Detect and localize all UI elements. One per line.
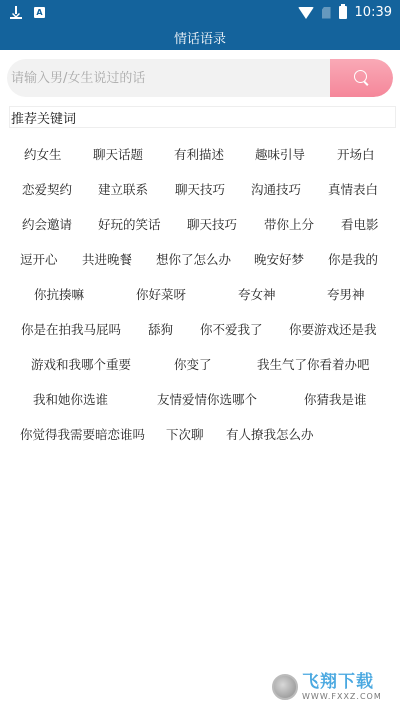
keyword-tag[interactable]: 共进晚餐	[82, 250, 132, 268]
keyword-row: 我和她你选谁友情爱情你选哪个你猜我是谁	[0, 381, 400, 416]
keyword-tag[interactable]: 你不爱我了	[200, 320, 263, 338]
keyword-row: 你觉得我需要暗恋谁吗下次聊有人撩我怎么办	[0, 416, 400, 451]
keyword-list: 约女生聊天话题有利描述趣味引导开场白恋爱契约建立联系聊天技巧沟通技巧真情表白约会…	[0, 136, 400, 451]
keyword-tag[interactable]: 夸女神	[238, 285, 276, 303]
keyword-tag[interactable]: 好玩的笑话	[98, 215, 161, 233]
a-notification-icon: A	[34, 7, 45, 18]
keyword-tag[interactable]: 你是我的	[328, 250, 378, 268]
keyword-tag[interactable]: 有人撩我怎么办	[226, 425, 314, 443]
keyword-tag[interactable]: 带你上分	[264, 215, 314, 233]
search-button[interactable]	[330, 59, 393, 97]
status-bar: A 10:39	[0, 0, 400, 25]
wifi-icon	[298, 7, 314, 19]
app-header: 情话语录	[0, 25, 400, 50]
keyword-tag[interactable]: 下次聊	[166, 425, 204, 443]
keyword-tag[interactable]: 建立联系	[98, 180, 148, 198]
watermark-cn: 飞翔下载	[302, 674, 382, 691]
keyword-tag[interactable]: 你好菜呀	[136, 285, 186, 303]
keyword-tag[interactable]: 约会邀请	[22, 215, 72, 233]
keyword-tag[interactable]: 有利描述	[174, 145, 224, 163]
download-icon	[10, 6, 22, 19]
keyword-tag[interactable]: 看电影	[341, 215, 379, 233]
keyword-tag[interactable]: 晚安好梦	[254, 250, 304, 268]
keyword-tag[interactable]: 我生气了你看着办吧	[257, 355, 370, 373]
watermark: 飞翔下载 WWW.FXXZ.COM	[272, 671, 392, 703]
watermark-en: WWW.FXXZ.COM	[302, 693, 382, 701]
keyword-tag[interactable]: 恋爱契约	[22, 180, 72, 198]
keyword-tag[interactable]: 真情表白	[328, 180, 378, 198]
keyword-tag[interactable]: 聊天技巧	[187, 215, 237, 233]
keyword-tag[interactable]: 约女生	[24, 145, 62, 163]
keyword-tag[interactable]: 你要游戏还是我	[289, 320, 377, 338]
keyword-row: 游戏和我哪个重要你变了我生气了你看着办吧	[0, 346, 400, 381]
keyword-row: 约会邀请好玩的笑话聊天技巧带你上分看电影	[0, 206, 400, 241]
fxxz-logo-icon	[272, 674, 298, 700]
keyword-tag[interactable]: 开场白	[337, 145, 375, 163]
keyword-tag[interactable]: 想你了怎么办	[156, 250, 231, 268]
search-input[interactable]	[7, 59, 330, 97]
no-sim-icon	[322, 7, 331, 19]
keyword-tag[interactable]: 舔狗	[148, 320, 173, 338]
keyword-row: 恋爱契约建立联系聊天技巧沟通技巧真情表白	[0, 171, 400, 206]
keyword-tag[interactable]: 你猜我是谁	[304, 390, 367, 408]
keyword-tag[interactable]: 趣味引导	[255, 145, 305, 163]
keyword-tag[interactable]: 你觉得我需要暗恋谁吗	[20, 425, 145, 443]
keyword-row: 你抗揍嘛你好菜呀夸女神夸男神	[0, 276, 400, 311]
page-title: 情话语录	[174, 28, 226, 47]
keyword-tag[interactable]: 聊天话题	[93, 145, 143, 163]
keyword-tag[interactable]: 你是在拍我马屁吗	[21, 320, 121, 338]
keyword-row: 约女生聊天话题有利描述趣味引导开场白	[0, 136, 400, 171]
keyword-tag[interactable]: 夸男神	[327, 285, 365, 303]
search-bar	[7, 59, 393, 97]
battery-charging-icon	[339, 6, 347, 19]
keyword-tag[interactable]: 你变了	[174, 355, 212, 373]
keyword-tag[interactable]: 游戏和我哪个重要	[31, 355, 131, 373]
keyword-tag[interactable]: 沟通技巧	[251, 180, 301, 198]
recommended-keywords-title: 推荐关键词	[9, 106, 396, 128]
keyword-row: 你是在拍我马屁吗舔狗你不爱我了你要游戏还是我	[0, 311, 400, 346]
keyword-tag[interactable]: 友情爱情你选哪个	[157, 390, 257, 408]
keyword-tag[interactable]: 我和她你选谁	[33, 390, 108, 408]
keyword-tag[interactable]: 逗开心	[20, 250, 58, 268]
keyword-row: 逗开心共进晚餐想你了怎么办晚安好梦你是我的	[0, 241, 400, 276]
status-time: 10:39	[355, 5, 392, 20]
keyword-tag[interactable]: 聊天技巧	[175, 180, 225, 198]
keyword-tag[interactable]: 你抗揍嘛	[34, 285, 84, 303]
section-title-label: 推荐关键词	[11, 108, 76, 127]
search-icon	[354, 70, 370, 86]
